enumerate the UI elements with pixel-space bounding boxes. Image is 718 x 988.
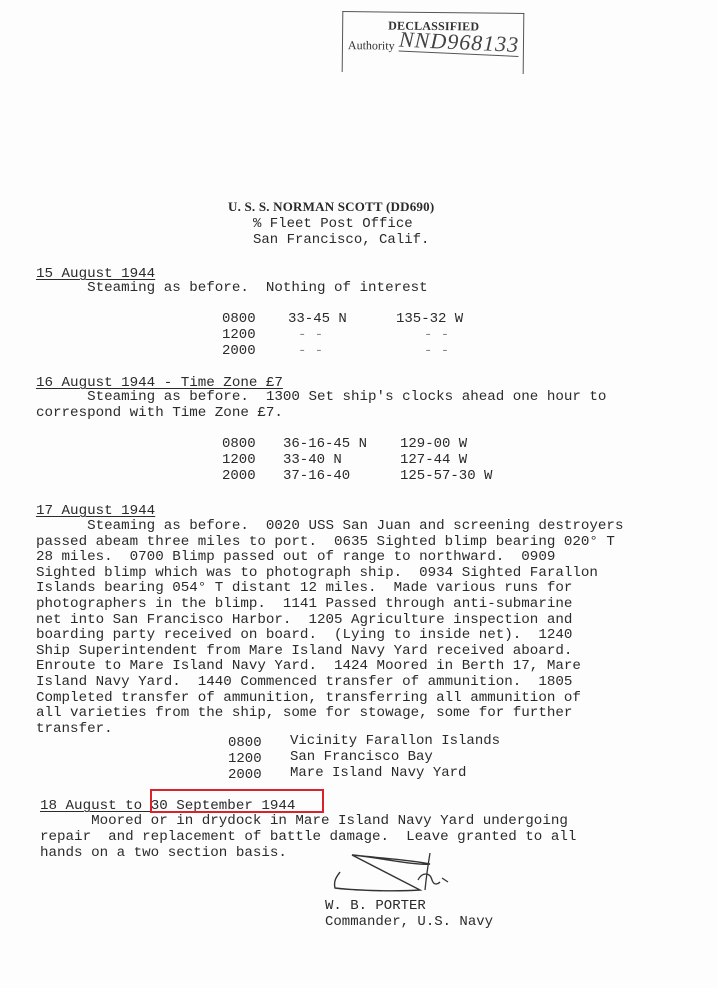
position-lat: - - [298, 343, 323, 359]
position-time: 0800 [222, 311, 256, 327]
entry-text-line: Ship Superintendent from Mare Island Nav… [36, 643, 572, 659]
location-time: 2000 [228, 767, 262, 783]
stamp-authority-value: NND968133 [399, 29, 520, 57]
entry-text-line: photographers in the blimp. 1141 Passed … [36, 596, 572, 612]
entry-text-line: correspond with Time Zone £7. [36, 405, 283, 421]
entry-text-line: Steaming as before. Nothing of interest [36, 280, 428, 296]
position-time: 1200 [222, 452, 256, 468]
entry-heading-prefix: 18 August to [40, 798, 151, 814]
position-time: 0800 [222, 436, 256, 452]
position-lat: 37-16-40 [283, 468, 350, 484]
position-lat: 33-40 N [283, 452, 342, 468]
entry-text-line: Completed transfer of ammunition, transf… [36, 690, 581, 706]
entry-text-line: boarding party received on board. (Lying… [36, 627, 572, 643]
location-time: 0800 [228, 735, 262, 751]
entry-text-line: Steaming as before. 0020 USS San Juan an… [36, 518, 623, 534]
entry-text-line: Moored or in drydock in Mare Island Navy… [40, 813, 568, 829]
position-lon: - - [424, 327, 449, 343]
position-lat: 36-16-45 N [283, 436, 367, 452]
letterhead-address-line: % Fleet Post Office [253, 216, 413, 232]
position-lon: - - [424, 343, 449, 359]
document-page: DECLASSIFIED Authority NND968133 U. S. S… [0, 0, 718, 988]
entry-text-line: passed abeam three miles to port. 0635 S… [36, 534, 615, 550]
entry-text-line: Enroute to Mare Island Navy Yard. 1424 M… [36, 658, 581, 674]
letterhead-city-line: San Francisco, Calif. [253, 232, 429, 248]
location-place: San Francisco Bay [290, 749, 433, 765]
position-lon: 129-00 W [400, 436, 467, 452]
position-lat: - - [298, 327, 323, 343]
entry-text-line: transfer. [36, 721, 113, 737]
position-lon: 135-32 W [396, 311, 463, 327]
entry-text-line: Sighted blimp which was to photograph sh… [36, 565, 598, 581]
entry-text-line: all varieties from the ship, some for st… [36, 705, 572, 721]
entry-text-line: Steaming as before. 1300 Set ship's cloc… [36, 389, 606, 405]
location-place: Mare Island Navy Yard [290, 765, 466, 781]
highlight-box [150, 789, 324, 813]
entry-text-line: 28 miles. 0700 Blimp passed out of range… [36, 549, 555, 565]
position-time: 1200 [222, 327, 256, 343]
position-lon: 127-44 W [400, 452, 467, 468]
position-time: 2000 [222, 468, 256, 484]
entry-text-line: net into San Francisco Harbor. 1205 Agri… [36, 612, 572, 628]
entry-text-line: repair and replacement of battle damage.… [40, 829, 576, 845]
position-lon: 125-57-30 W [400, 468, 492, 484]
location-time: 1200 [228, 751, 262, 767]
stamp-authority-label: Authority [348, 38, 395, 53]
position-time: 2000 [222, 343, 256, 359]
signatory-name: W. B. PORTER [325, 898, 426, 914]
entry-text-line: hands on a two section basis. [40, 845, 287, 861]
position-lat: 33-45 N [288, 311, 347, 327]
entry-text-line: Islands bearing 054° T distant 12 miles.… [36, 580, 572, 596]
location-place: Vicinity Farallon Islands [290, 733, 500, 749]
entry-heading: 17 August 1944 [36, 503, 155, 519]
ship-name: U. S. S. NORMAN SCOTT (DD690) [228, 199, 434, 215]
signatory-rank: Commander, U.S. Navy [325, 914, 493, 930]
entry-text-line: Island Navy Yard. 1440 Commenced transfe… [36, 674, 572, 690]
handwritten-signature [330, 850, 470, 895]
declassified-stamp: DECLASSIFIED Authority NND968133 [342, 11, 525, 74]
